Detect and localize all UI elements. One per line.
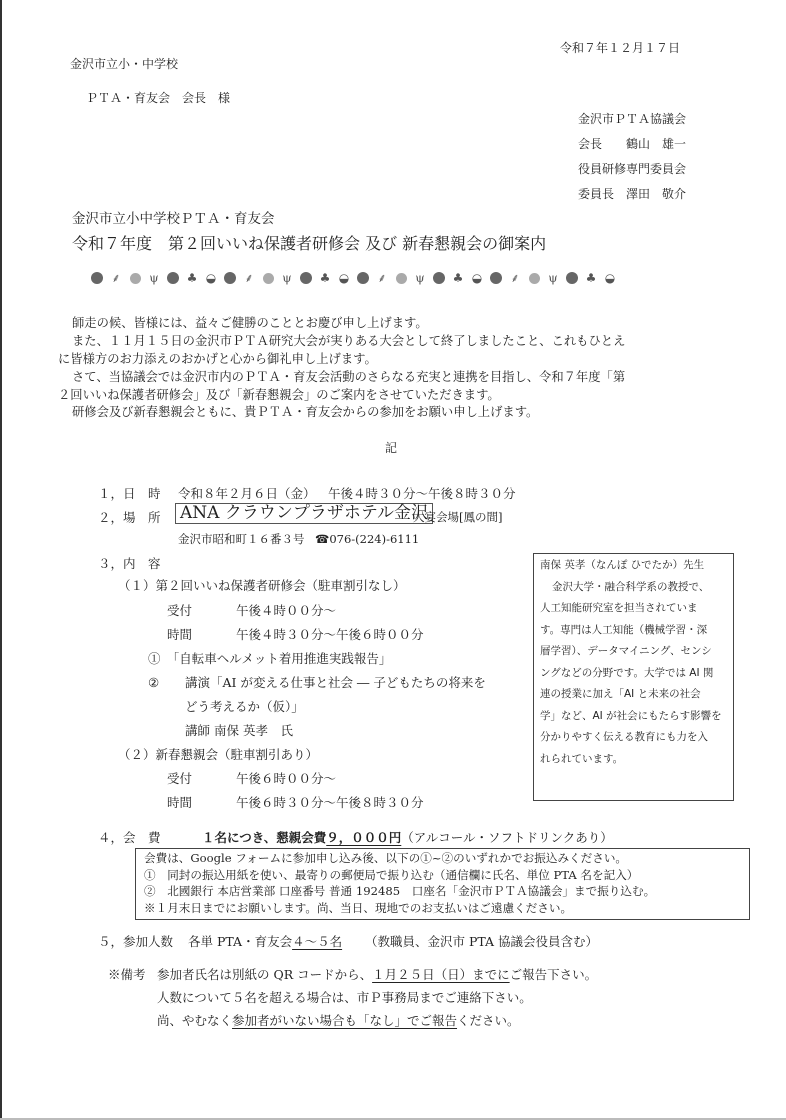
pine-icon: ♣: [185, 271, 199, 285]
venue-address: 金沢市昭和町１６番３号: [178, 534, 305, 546]
remarks-line-3-emphasis: 参加者がいない場合も「なし」でご報告: [232, 1013, 457, 1028]
bio-line: 南保 英孝（なんぽ ひでたか）先生: [540, 560, 729, 582]
content-label: ３，内 容: [98, 558, 161, 571]
program-item-2-line2: どう考えるか（仮）」: [185, 701, 304, 714]
venue-phone: ☎076-(224)-6111: [315, 534, 419, 546]
session1-title: （１）第２回いいね保護者研修会（駐車割引なし）: [118, 580, 406, 593]
sake-cup-icon: ◒: [337, 271, 351, 285]
sender-committee: 役員研修専門委員会: [578, 163, 686, 188]
remarks-line-3-prefix: 尚、やむなく: [157, 1013, 232, 1028]
session2-title: （２）新春懇親会（駐車割引あり）: [118, 749, 318, 762]
fee-amount: ９，０００円: [326, 830, 401, 845]
sender-block: 金沢市ＰＴＡ協議会 会長 鶴山 雄一 役員研修専門委員会 委員長 澤田 敬介: [578, 113, 686, 213]
decorative-border: ⸙ψ♣◒⸙ψ♣◒⸙ψ♣◒⸙ψ♣◒: [90, 271, 617, 285]
venue-label: ２，場 所: [98, 512, 161, 525]
sprout-icon: ⸙: [109, 271, 123, 285]
plum-flower-icon: [489, 271, 503, 285]
participants-prefix: 各単 PTA・育友会: [188, 934, 292, 949]
participants-line: 各単 PTA・育友会４～５名: [188, 936, 342, 949]
session2-reception-time: 午後６時００分～: [236, 773, 336, 786]
event-date: 令和８年２月６日（金）: [178, 488, 316, 501]
bio-line: 連の授業に加え「AI と未来の社会: [540, 689, 729, 711]
bio-line: れられています。: [540, 754, 729, 776]
fee-label: ４，会 費: [98, 832, 161, 845]
document-date: 令和７年１２月１７日: [560, 42, 680, 54]
intro-line-3: に皆様方のお力添えのおかげと心から御礼申し上げます。: [58, 353, 377, 365]
sender-chair: 委員長 澤田 敬介: [578, 188, 686, 213]
intro-line-4: さて、当協議会では金沢市内のＰＴＡ・育友会活動のさらなる充実と連携を目指し、令和…: [72, 371, 625, 383]
venue-name: ANA クラウンプラザホテル金沢: [175, 503, 433, 524]
mandarin-icon: [128, 271, 142, 285]
intro-line-2: また、１１月１５日の金沢市ＰＴＡ研究大会が実りある大会として終了しましたこと、こ…: [72, 335, 625, 347]
plum-flower-icon: [223, 271, 237, 285]
participants-count: ４～５名: [292, 934, 342, 949]
sake-cup-icon: ◒: [204, 271, 218, 285]
intro-line-5: ２回いいね保護者研修会」及び「新春懇親会」のご案内をさせていただきます。: [58, 389, 500, 401]
grass-icon: ψ: [280, 271, 294, 285]
session2-time-label: 時間: [167, 797, 192, 810]
pine-icon: ♣: [318, 271, 332, 285]
plum-flower-icon: [356, 271, 370, 285]
fee-line: １名につき、懇親会費９，０００円（アルコール・ソフトドリンクあり）: [202, 832, 613, 845]
report-deadline: １月２５日（日）までに: [372, 967, 510, 982]
bio-line: ングなどの分野です。大学では AI 関: [540, 668, 729, 690]
remarks-line-1-suffix: ご報告下さい。: [510, 967, 598, 982]
pine-icon: ♣: [451, 271, 465, 285]
program-item-2-line1: 講演「AI が変える仕事と社会 ― 子どもたちの将来を: [185, 677, 486, 690]
plum-flower-icon: [299, 271, 313, 285]
session1-reception-label: 受付: [167, 605, 192, 618]
intro-line-1: 師走の候、皆様には、益々ご健勝のこととお慶び申し上げます。: [72, 317, 428, 329]
fee-note: （アルコール・ソフトドリンクあり）: [401, 830, 613, 845]
session1-time-label: 時間: [167, 629, 192, 642]
sender-org: 金沢市ＰＴＡ協議会: [578, 113, 686, 138]
remarks-line-1-prefix: 参加者氏名は別紙の QR コードから、: [157, 967, 372, 982]
ki-heading: 記: [385, 442, 397, 454]
addressee-title: ＰＴＡ・育友会 会長 様: [86, 92, 230, 104]
bio-line: す。専門は人工知能（機械学習・深: [540, 625, 729, 647]
mandarin-icon: [394, 271, 408, 285]
pine-icon: ♣: [584, 271, 598, 285]
plum-flower-icon: [166, 271, 180, 285]
session1-time: 午後４時３０分～午後６時００分: [236, 629, 424, 642]
remarks-line-3-suffix: ください。: [457, 1013, 520, 1028]
plum-flower-icon: [432, 271, 446, 285]
lecturer-name: 講師 南保 英孝 氏: [185, 725, 293, 738]
remarks-line-1: 参加者氏名は別紙の QR コードから、１月２５日（日）までにご報告下さい。: [157, 969, 597, 982]
session2-time: 午後６時３０分～午後８時３０分: [236, 797, 424, 810]
bio-line: 人工知能研究室を担当されていま: [540, 603, 729, 625]
bio-line: 層学習）、データマイニング、センシ: [540, 646, 729, 668]
program-item-1: ① 「自転車ヘルメット着用推進実践報告」: [148, 653, 391, 666]
grass-icon: ψ: [147, 271, 161, 285]
participants-note: （教職員、金沢市 PTA 協議会役員含む）: [365, 936, 598, 949]
venue-room: 大宴会場[鳳の間]: [413, 512, 502, 524]
mandarin-icon: [527, 271, 541, 285]
sake-cup-icon: ◒: [603, 271, 617, 285]
program-item-2-number: ②: [148, 677, 159, 690]
intro-line-6: 研修会及び新春懇親会ともに、貴ＰＴＡ・育友会からの参加をお願い申し上げます。: [72, 406, 538, 418]
title-organization: 金沢市立小中学校ＰＴＡ・育友会: [72, 213, 275, 227]
event-time: 午後４時３０分～午後８時３０分: [328, 488, 516, 501]
bio-line: 分かりやすく伝える教育にも力を入: [540, 732, 729, 754]
plum-flower-icon: [90, 271, 104, 285]
plum-flower-icon: [565, 271, 579, 285]
session1-reception-time: 午後４時００分～: [236, 605, 336, 618]
payment-line: ※１月末日までにお願いします。尚、当日、現地でのお支払いはご遠慮ください。: [144, 903, 749, 920]
venue-name-box: ANA クラウンプラザホテル金沢: [175, 503, 433, 524]
scan-edge-left: [0, 0, 2, 1120]
participants-label: ５，参加人数: [98, 936, 173, 949]
remarks-label: ※備考: [108, 969, 146, 982]
addressee-school: 金沢市立小・中学校: [70, 58, 178, 70]
sprout-icon: ⸙: [375, 271, 389, 285]
remarks-line-3: 尚、やむなく参加者がいない場合も「なし」でご報告ください。: [157, 1015, 520, 1028]
grass-icon: ψ: [546, 271, 560, 285]
session2-reception-label: 受付: [167, 773, 192, 786]
fee-prefix: １名につき、懇親会費: [202, 830, 326, 845]
sake-cup-icon: ◒: [470, 271, 484, 285]
sender-president: 会長 鶴山 雄一: [578, 138, 686, 163]
mandarin-icon: [261, 271, 275, 285]
remarks-line-2: 人数について５名を超える場合は、市Ｐ事務局までご連絡下さい。: [157, 992, 532, 1005]
payment-instructions-box: 会費は、Google フォームに参加申し込み後、以下の①~②のいずれかでお振込み…: [135, 848, 750, 920]
sprout-icon: ⸙: [508, 271, 522, 285]
bio-line: 金沢大学・融合科学系の教授で、: [540, 582, 729, 604]
datetime-label: １，日 時: [98, 488, 161, 501]
bio-line: 学」など、AI が社会にもたらす影響を: [540, 711, 729, 733]
grass-icon: ψ: [413, 271, 427, 285]
page-title: 令和７年度 第２回いいね保護者研修会 及び 新春懇親会の御案内: [72, 236, 546, 252]
sprout-icon: ⸙: [242, 271, 256, 285]
speaker-bio-box: 南保 英孝（なんぽ ひでたか）先生 金沢大学・融合科学系の教授で、 人工知能研究…: [533, 553, 734, 801]
